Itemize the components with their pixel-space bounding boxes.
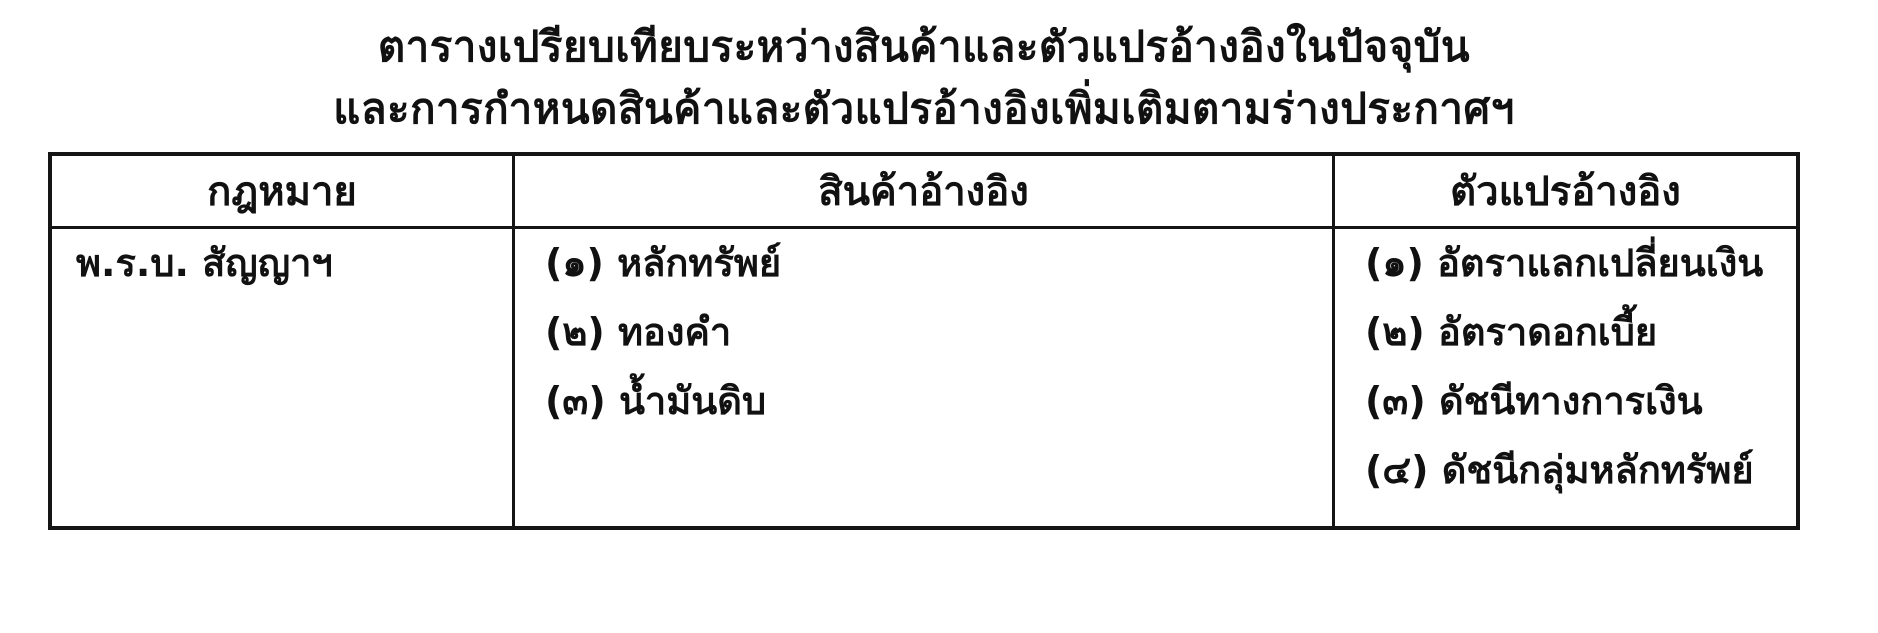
column-header-reference-goods: สินค้าอ้างอิง bbox=[515, 156, 1335, 226]
column-header-law: กฎหมาย bbox=[52, 156, 515, 226]
document-title: ตารางเปรียบเทียบระหว่างสินค้าและตัวแปรอ้… bbox=[48, 16, 1800, 140]
reference-good-item-3: (๓) น้ำมันดิบ bbox=[545, 367, 1314, 436]
table-header-row: กฎหมาย สินค้าอ้างอิง ตัวแปรอ้างอิง bbox=[52, 156, 1796, 229]
cell-reference-goods: (๑) หลักทรัพย์ (๒) ทองคำ (๓) น้ำมันดิบ bbox=[515, 229, 1335, 526]
cell-law: พ.ร.บ. สัญญาฯ bbox=[52, 229, 515, 526]
reference-variable-item-2: (๒) อัตราดอกเบี้ย bbox=[1365, 298, 1778, 367]
reference-variable-item-1: (๑) อัตราแลกเปลี่ยนเงิน bbox=[1365, 229, 1778, 298]
title-line-1: ตารางเปรียบเทียบระหว่างสินค้าและตัวแปรอ้… bbox=[48, 16, 1800, 78]
document-page: ตารางเปรียบเทียบระหว่างสินค้าและตัวแปรอ้… bbox=[0, 0, 1878, 633]
reference-good-item-2: (๒) ทองคำ bbox=[545, 298, 1314, 367]
reference-good-item-1: (๑) หลักทรัพย์ bbox=[545, 229, 1314, 298]
comparison-table: กฎหมาย สินค้าอ้างอิง ตัวแปรอ้างอิง พ.ร.บ… bbox=[48, 152, 1800, 530]
reference-variable-item-4: (๔) ดัชนีกลุ่มหลักทรัพย์ bbox=[1365, 436, 1778, 505]
reference-variable-item-3: (๓) ดัชนีทางการเงิน bbox=[1365, 367, 1778, 436]
title-line-2: และการกำหนดสินค้าและตัวแปรอ้างอิงเพิ่มเต… bbox=[48, 78, 1800, 140]
law-name: พ.ร.บ. สัญญาฯ bbox=[76, 229, 494, 298]
column-header-reference-variables: ตัวแปรอ้างอิง bbox=[1335, 156, 1796, 226]
table-row: พ.ร.บ. สัญญาฯ (๑) หลักทรัพย์ (๒) ทองคำ (… bbox=[52, 229, 1796, 526]
cell-reference-variables: (๑) อัตราแลกเปลี่ยนเงิน (๒) อัตราดอกเบี้… bbox=[1335, 229, 1796, 526]
